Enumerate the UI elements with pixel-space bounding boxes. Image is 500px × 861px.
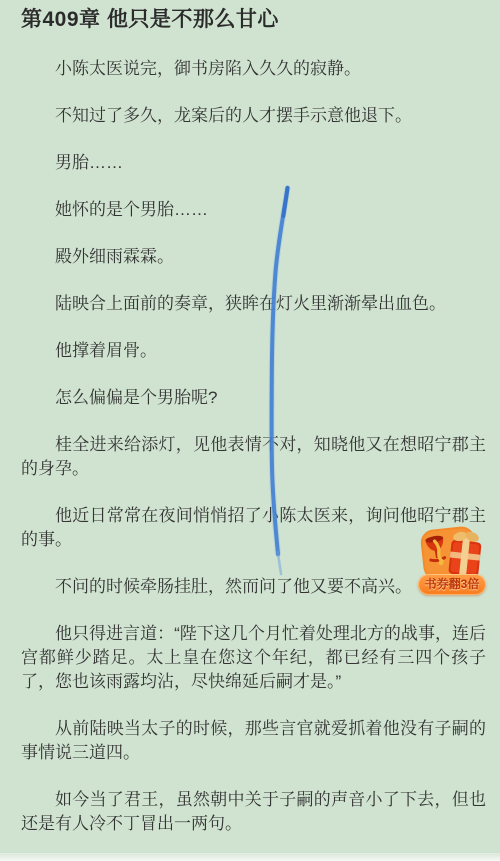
paragraph: 她怀的是个男胎…… xyxy=(21,198,486,222)
paragraph: 不知过了多久，龙案后的人才摆手示意他退下。 xyxy=(21,104,486,128)
paragraph: 陆映合上面前的奏章，狭眸在灯火里渐渐晕出血色。 xyxy=(21,292,486,316)
chapter-content: 第409章 他只是不那么甘心 小陈太医说完，御书房陷入久久的寂静。不知过了多久，… xyxy=(0,0,500,836)
paragraph: 怎么偏偏是个男胎呢? xyxy=(21,386,486,410)
promo-badge-label: 书券翻3倍 xyxy=(418,574,487,595)
paragraph: 桂全进来给添灯，见他表情不对，知晓他又在想昭宁郡主的身孕。 xyxy=(21,433,486,481)
paragraph: 他只得进言道：“陛下这几个月忙着处理北方的战事，连后宫都鲜少踏足。太上皇在您这个… xyxy=(21,622,486,694)
paragraph-list: 小陈太医说完，御书房陷入久久的寂静。不知过了多久，龙案后的人才摆手示意他退下。男… xyxy=(21,57,486,836)
paragraph: 殿外细雨霖霖。 xyxy=(21,245,486,269)
paragraph: 他撑着眉骨。 xyxy=(21,339,486,363)
chapter-title: 第409章 他只是不那么甘心 xyxy=(21,6,486,33)
bottom-divider xyxy=(0,853,500,861)
promo-badge[interactable]: 书券翻3倍 xyxy=(410,525,494,595)
paragraph: 从前陆映当太子的时候，那些言官就爱抓着他没有子嗣的事情说三道四。 xyxy=(21,717,486,765)
gift-icon xyxy=(414,525,490,581)
paragraph: 如今当了君王，虽然朝中关于子嗣的声音小了下去，但也还是有人冷不丁冒出一两句。 xyxy=(21,788,486,836)
paragraph: 小陈太医说完，御书房陷入久久的寂静。 xyxy=(21,57,486,81)
reader-page: 第409章 他只是不那么甘心 小陈太医说完，御书房陷入久久的寂静。不知过了多久，… xyxy=(0,0,500,861)
paragraph: 男胎…… xyxy=(21,151,486,175)
